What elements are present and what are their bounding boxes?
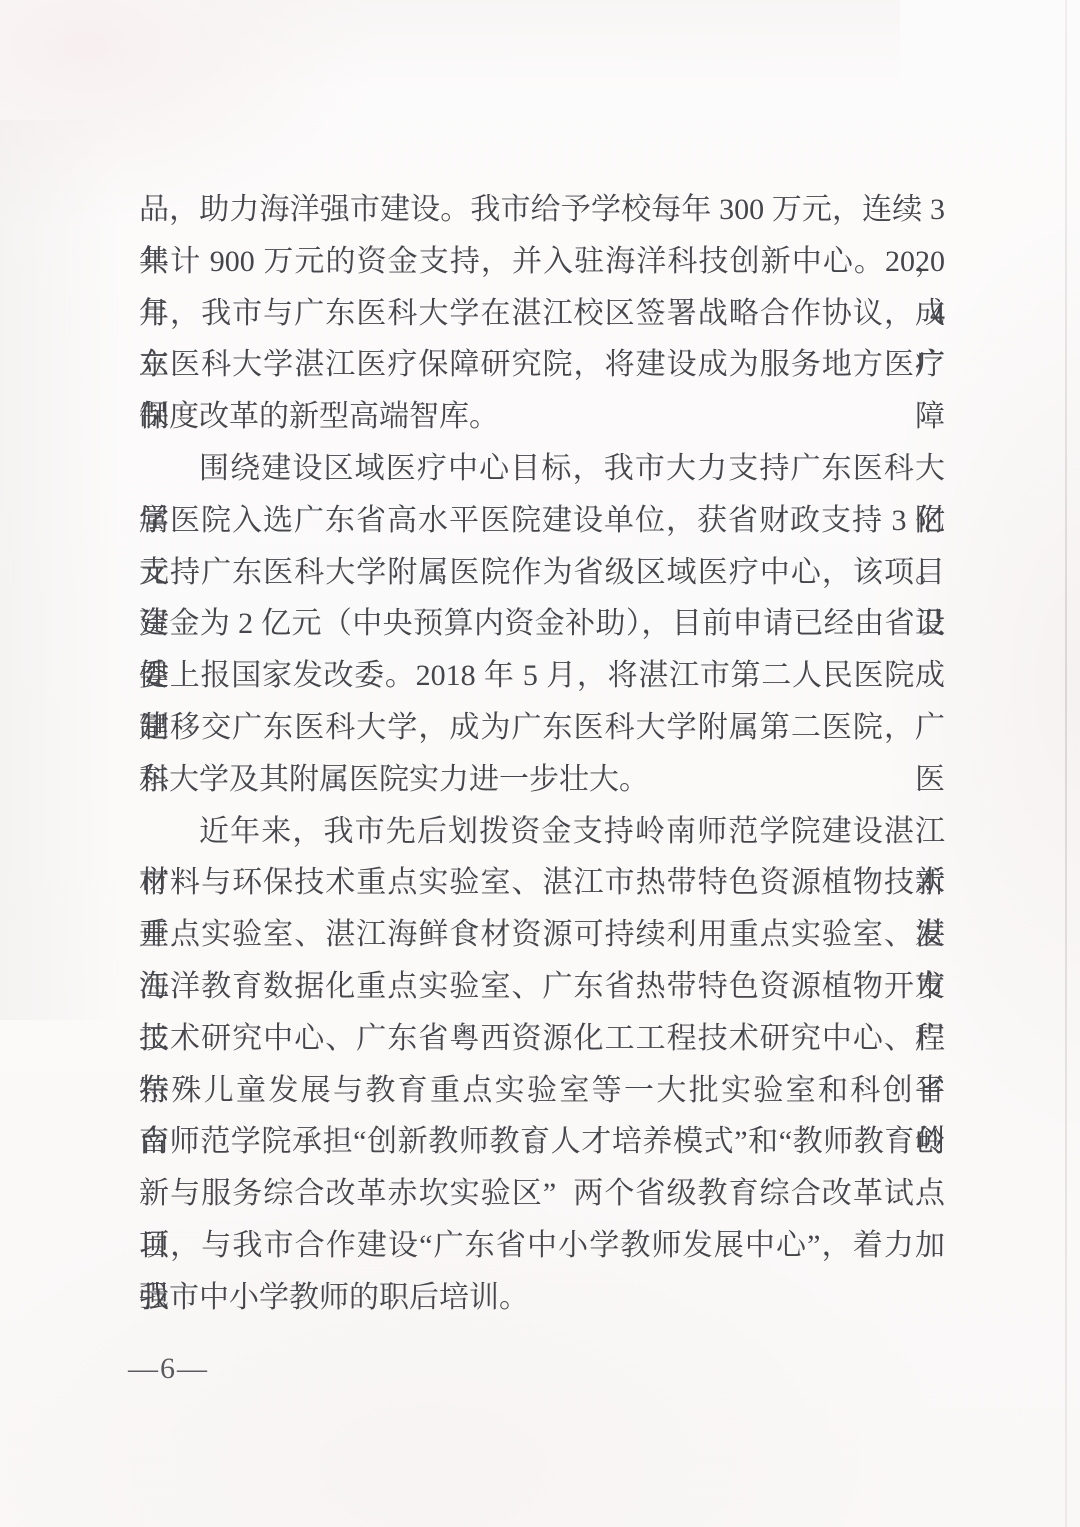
document-body: 品，助力海洋强市建设。我市给予学校每年 300 万元，连续 3 年，共计 900… — [139, 184, 945, 1324]
text-line: 重点实验室、湛江海鲜食材资源可持续利用重点实验室、湛江市 — [139, 909, 945, 961]
text-line: 近年来，我市先后划拨资金支持岭南师范学院建设湛江市新 — [139, 806, 945, 858]
text-line: 属医院入选广东省高水平医院建设单位，获省财政支持 3 亿元。 — [139, 495, 945, 547]
text-line: 共计 900 万元的资金支持，并入驻海洋科技创新中心。2020 年 4 — [139, 236, 945, 288]
text-line: 南师范学院承担“创新教师教育人才培养模式”和“教师教育创 — [139, 1116, 945, 1168]
page-number: —6— — [128, 1352, 209, 1386]
text-line: 支持广东医科大学附属医院作为省级区域医疗中心，该项目建设 — [139, 547, 945, 599]
text-line: 东医科大学湛江医疗保障研究院，将建设成为服务地方医疗保障 — [139, 339, 945, 391]
text-line: 我市中小学教师的职后培训。 — [139, 1272, 945, 1324]
scan-shading — [0, 120, 120, 1020]
scan-shading — [200, 0, 900, 90]
text-line: 材料与环保技术重点实验室、湛江市热带特色资源植物技术开发 — [139, 857, 945, 909]
text-line: 特殊儿童发展与教育重点实验室等一大批实验室和科创平台。岭 — [139, 1065, 945, 1117]
text-line: 品，助力海洋强市建设。我市给予学校每年 300 万元，连续 3 年， — [139, 184, 945, 236]
text-line: 月，我市与广东医科大学在湛江校区签署战略合作协议，成立广 — [139, 288, 945, 340]
page-edge-line — [1065, 0, 1067, 1527]
text-line: 委上报国家发改委。2018 年 5 月，将湛江市第二人民医院成建 — [139, 650, 945, 702]
text-line: 新与服务综合改革赤坎实验区” 两个省级教育综合改革试点项 — [139, 1168, 945, 1220]
document-page: 品，助力海洋强市建设。我市给予学校每年 300 万元，连续 3 年，共计 900… — [0, 0, 1080, 1527]
text-line: 资金为 2 亿元（中央预算内资金补助），目前申请已经由省卫健 — [139, 598, 945, 650]
text-line: 围绕建设区域医疗中心目标，我市大力支持广东医科大学附 — [139, 443, 945, 495]
text-line: 技术研究中心、广东省粤西资源化工工程技术研究中心、广东省 — [139, 1013, 945, 1065]
text-line: 制移交广东医科大学，成为广东医科大学附属第二医院，广东医 — [139, 702, 945, 754]
text-line: 海洋教育数据化重点实验室、广东省热带特色资源植物开发工程 — [139, 961, 945, 1013]
text-line: 目，与我市合作建设“广东省中小学教师发展中心”，着力加强 — [139, 1220, 945, 1272]
